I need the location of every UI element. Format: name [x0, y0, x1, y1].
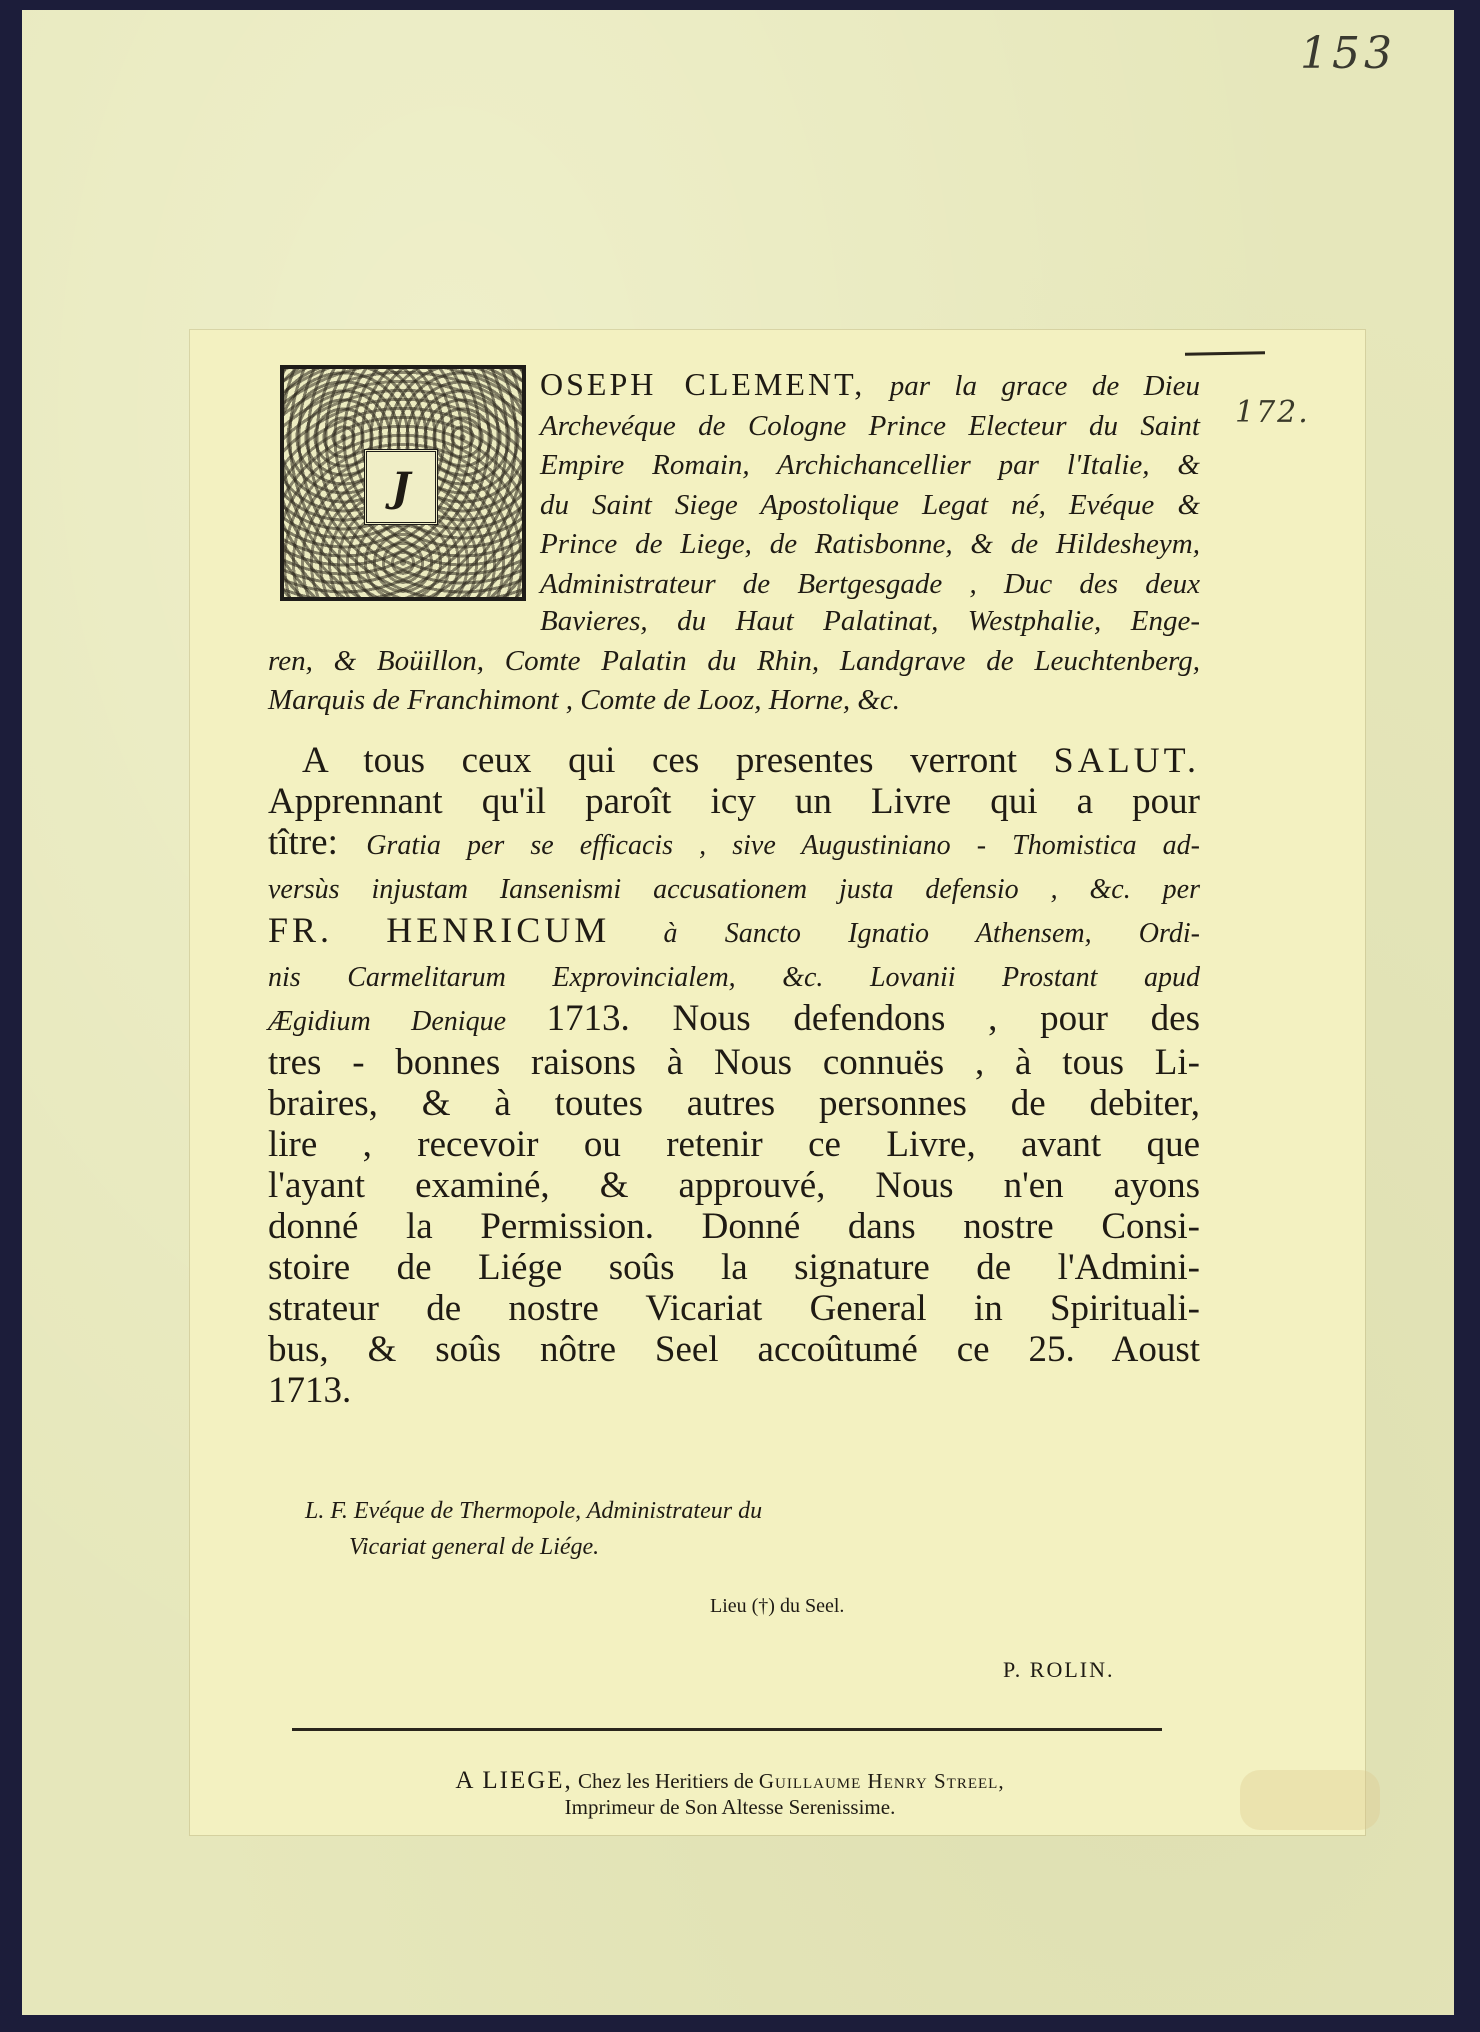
divider: [292, 1728, 1162, 1731]
titles-heading: OSEPH CLEMENT, par la grace de Dieu Arch…: [540, 365, 1200, 604]
heading-line: Prince de Liege, de Ratisbonne, & de Hil…: [540, 525, 1200, 565]
body-line: versùs injustam Iansenismi accusationem …: [268, 866, 1200, 910]
body-line: FR. HENRICUM à Sancto Ignatio Athensem, …: [268, 910, 1200, 954]
signature-line: L. F. Evéque de Thermopole, Administrate…: [305, 1493, 762, 1529]
body-line: Ægidium Denique 1713. Nous defendons , p…: [268, 998, 1200, 1042]
titles-continuation: Bavieres, du Haut Palatinat, Westphalie,…: [268, 602, 1200, 721]
decree-body: A tous ceux qui ces presentes verront SA…: [268, 740, 1200, 1411]
signature-block: L. F. Evéque de Thermopole, Administrate…: [305, 1493, 762, 1565]
heading-line: Archevéque de Cologne Prince Electeur du…: [540, 407, 1200, 447]
body-line: lire , recevoir ou retenir ce Livre, ava…: [268, 1124, 1200, 1165]
heading-line: Marquis de Franchimont , Comte de Looz, …: [268, 681, 1200, 721]
heading-line: du Saint Siege Apostolique Legat né, Evé…: [540, 486, 1200, 526]
body-line: A tous ceux qui ces presentes verront SA…: [268, 740, 1200, 781]
printer-name: Guillaume Henry Streel,: [759, 1769, 1005, 1793]
heading-line: OSEPH CLEMENT, par la grace de Dieu: [540, 365, 1200, 407]
body-line: 1713.: [268, 1370, 1200, 1411]
heading-line: Administrateur de Bertgesgade , Duc des …: [540, 565, 1200, 605]
body-line: tres - bonnes raisons à Nous connuës , à…: [268, 1042, 1200, 1083]
handwritten-page-number: 153: [1300, 28, 1396, 79]
salut: SALUT.: [1054, 740, 1200, 780]
body-line: strateur de nostre Vicariat General in S…: [268, 1288, 1200, 1329]
body-line: donné la Permission. Donné dans nostre C…: [268, 1206, 1200, 1247]
dropcap-letter: J: [364, 449, 438, 525]
body-line: l'ayant examiné, & approuvé, Nous n'en a…: [268, 1165, 1200, 1206]
heading-name: OSEPH CLEMENT,: [540, 366, 865, 402]
body-line: tître: Gratia per se efficacis , sive Au…: [268, 822, 1200, 866]
body-line: bus, & soûs nôtre Seel accoûtumé ce 25. …: [268, 1329, 1200, 1370]
signatory-name: P. ROLIN.: [1003, 1657, 1115, 1683]
printer-imprint: A LIEGE, Chez les Heritiers de Guillaume…: [280, 1768, 1180, 1820]
book-title: Gratia per se efficacis , sive Augustini…: [366, 830, 1200, 861]
ornamental-initial-icon: J: [280, 365, 526, 601]
signature-line: Vicariat general de Liége.: [305, 1529, 762, 1565]
handwritten-margin-number: 172.: [1235, 395, 1310, 430]
imprint-line: A LIEGE, Chez les Heritiers de Guillaume…: [280, 1768, 1180, 1794]
body-line: nis Carmelitarum Exprovincialem, &c. Lov…: [268, 954, 1200, 998]
heading-line: Empire Romain, Archichancellier par l'It…: [540, 446, 1200, 486]
body-line: stoire de Liége soûs la signature de l'A…: [268, 1247, 1200, 1288]
imprint-city: A LIEGE,: [455, 1767, 572, 1794]
heading-line: ren, & Boüillon, Comte Palatin du Rhin, …: [268, 642, 1200, 682]
paper-stain: [1240, 1770, 1380, 1830]
imprint-line: Imprimeur de Son Altesse Serenissime.: [280, 1794, 1180, 1820]
seal-placeholder: Lieu (†) du Seel.: [710, 1595, 844, 1618]
heading-line: Bavieres, du Haut Palatinat, Westphalie,…: [268, 602, 1200, 642]
author-name: FR. HENRICUM: [268, 910, 663, 950]
body-line: Apprennant qu'il paroît icy un Livre qui…: [268, 781, 1200, 822]
body-line: braires, & à toutes autres personnes de …: [268, 1083, 1200, 1124]
